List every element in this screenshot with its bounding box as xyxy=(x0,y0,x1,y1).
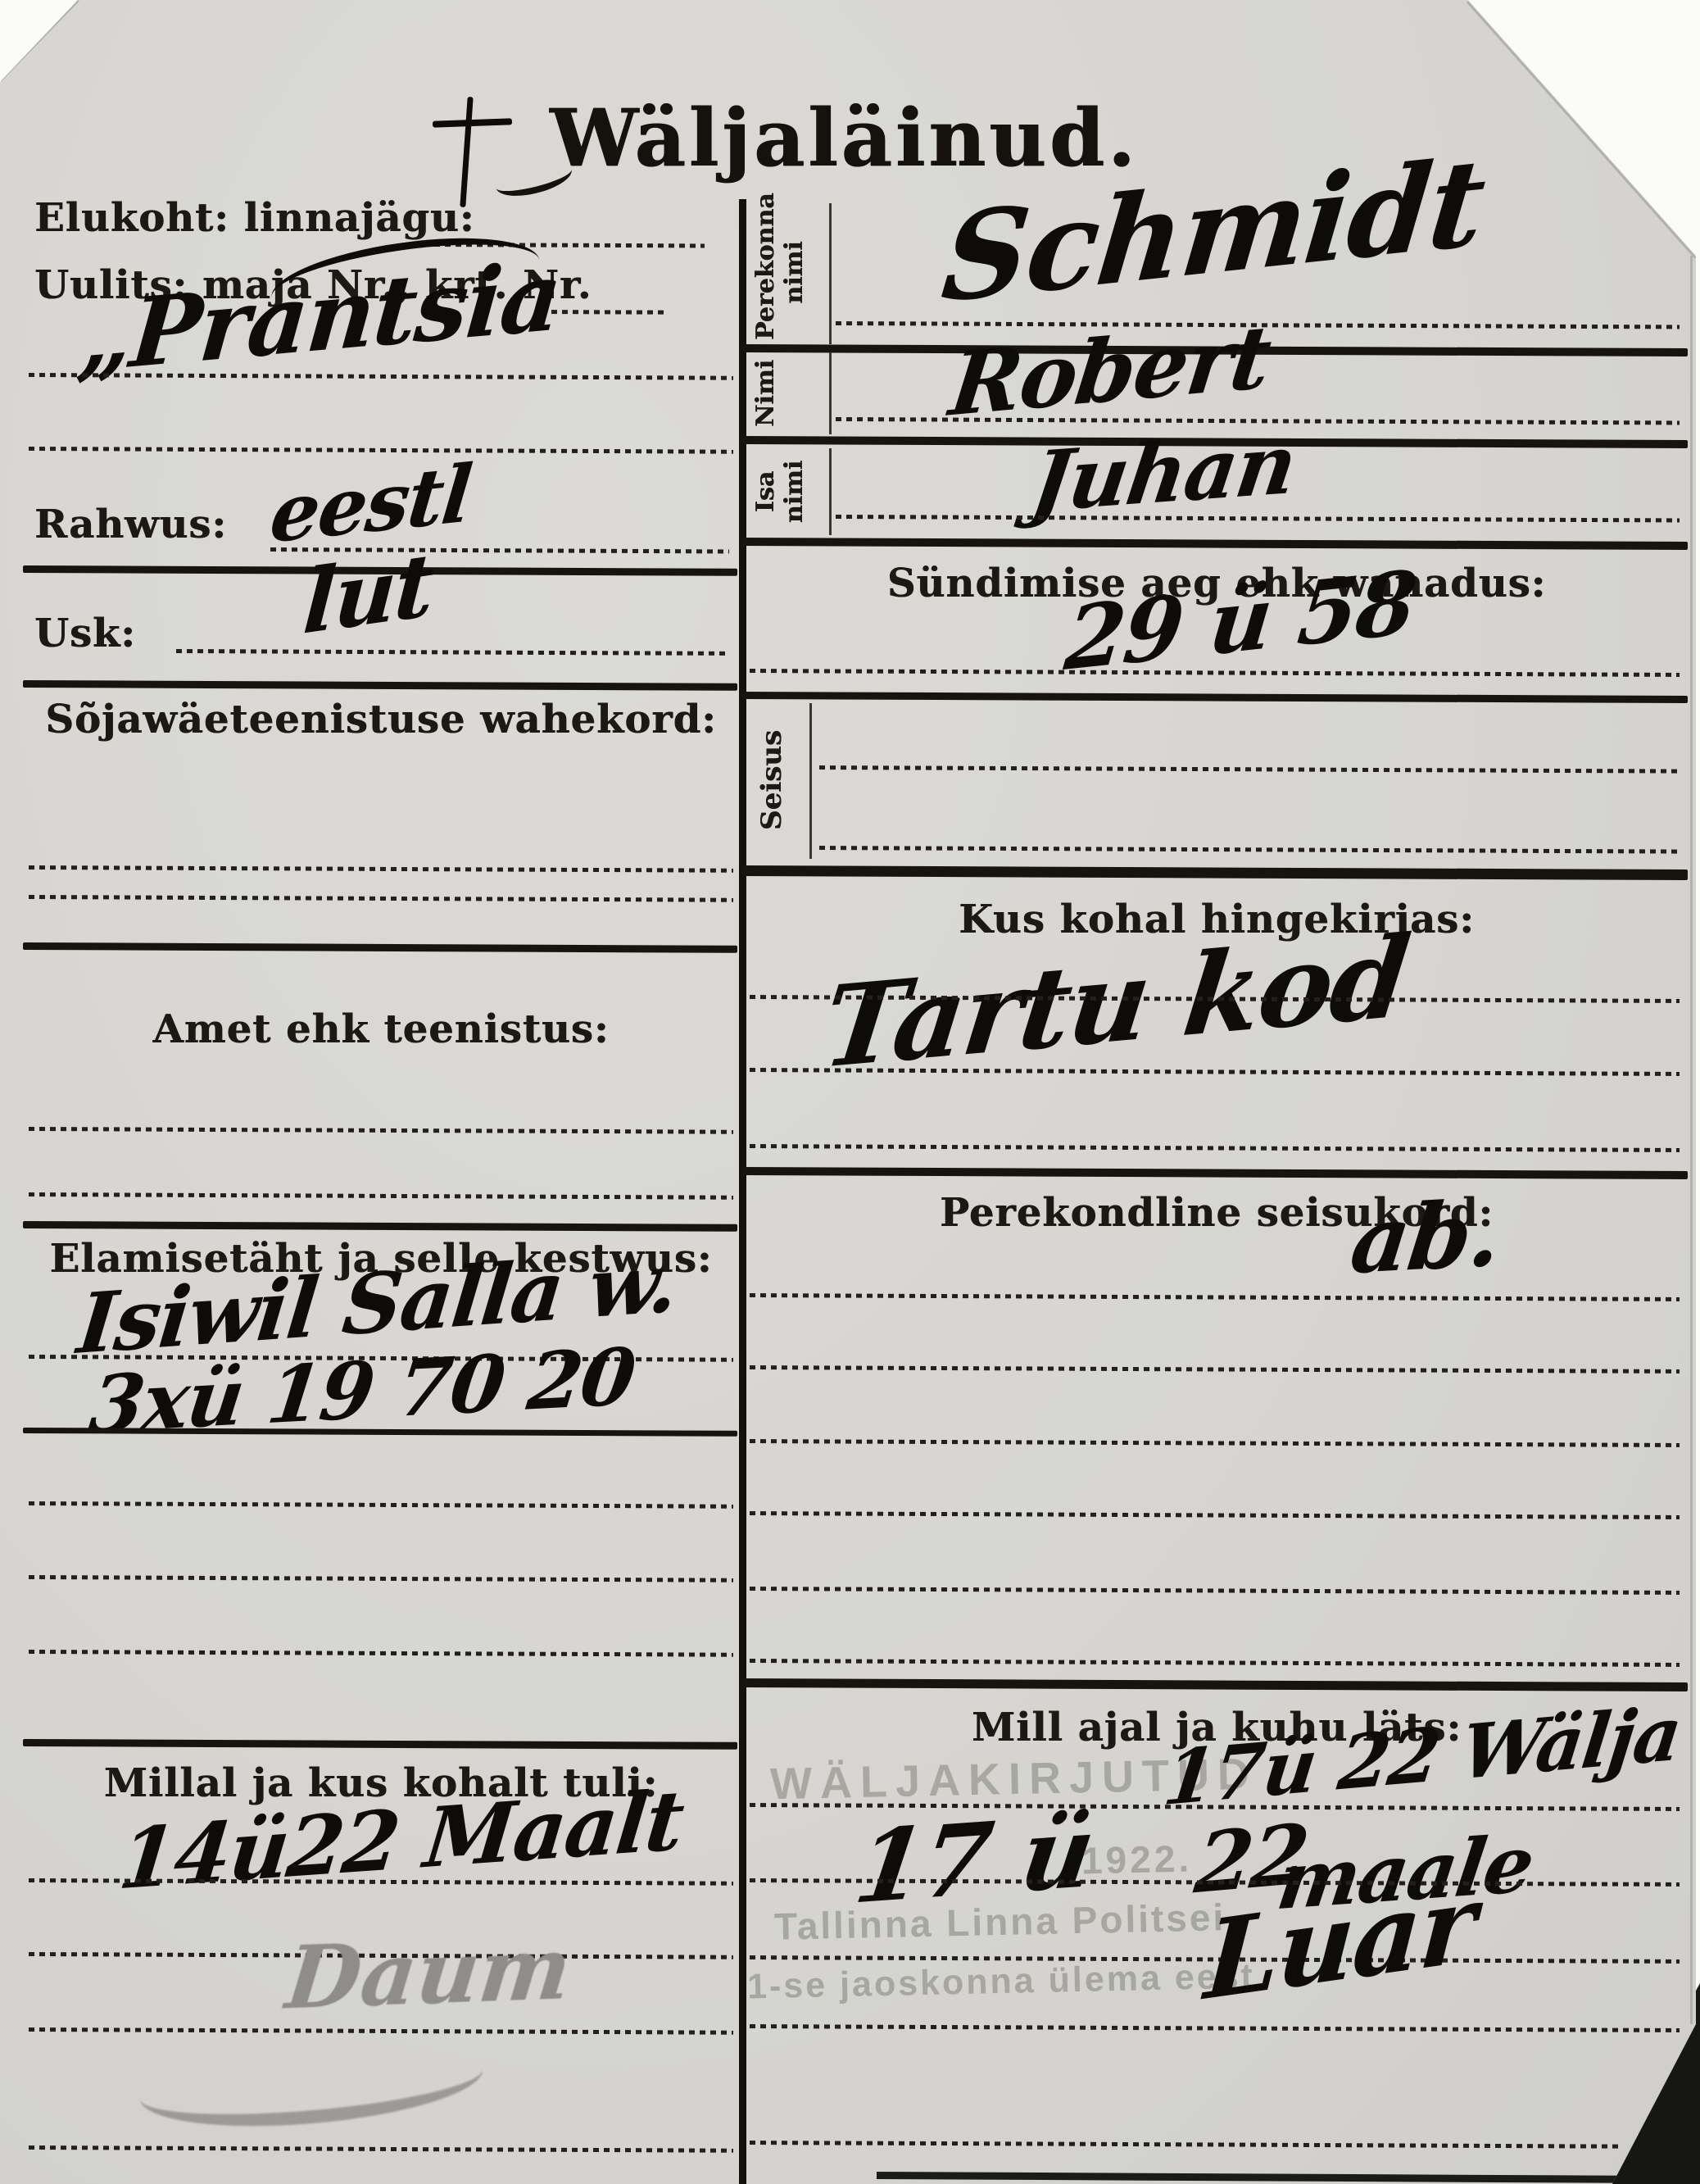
dotted-line xyxy=(750,1144,1680,1152)
dotted-line xyxy=(750,1511,1680,1519)
dotted-line xyxy=(750,1439,1680,1447)
religion-value-handwriting: lut xyxy=(301,541,436,647)
dotted-line xyxy=(29,1501,733,1509)
column-divider xyxy=(739,199,746,2184)
label-separator xyxy=(829,203,832,344)
religion-label: Usk: xyxy=(34,611,136,656)
dotted-line xyxy=(750,1659,1680,1667)
rule-line xyxy=(23,1739,737,1750)
dotted-line xyxy=(29,1127,733,1134)
stamp-year: 1922. xyxy=(1081,1837,1192,1883)
rule-line xyxy=(741,1678,1688,1691)
dotted-line xyxy=(750,669,1680,677)
father-name-handwriting: Juhan xyxy=(1027,422,1300,524)
rule-line xyxy=(741,538,1688,550)
pencil-flourish xyxy=(137,2030,487,2138)
military-service-label: Sõjawäeteenistuse wahekord: xyxy=(25,697,737,742)
dotted-line xyxy=(541,310,664,315)
dotted-line xyxy=(29,2145,733,2153)
label-separator xyxy=(829,352,832,434)
dotted-line xyxy=(750,2024,1680,2032)
dotted-line xyxy=(29,865,733,873)
nationality-label: Rahwus: xyxy=(34,502,227,547)
rule-line xyxy=(741,692,1688,703)
rule-line xyxy=(23,942,737,953)
dotted-line xyxy=(750,1365,1680,1374)
paper-edge-top-left xyxy=(0,0,79,81)
dotted-line xyxy=(750,2141,1618,2149)
rule-line xyxy=(23,680,737,691)
dotted-line xyxy=(836,515,1680,522)
father-name-label: Isa nimi xyxy=(751,448,829,535)
label-separator xyxy=(809,703,812,859)
label-separator xyxy=(829,448,832,535)
family-name-label: Perekonna nimi xyxy=(751,205,829,340)
rule-line xyxy=(741,1167,1688,1179)
paper-edge-top-right xyxy=(1467,1,1697,259)
form-title: Wäljaläinud. xyxy=(492,92,1196,184)
dotted-line xyxy=(29,1650,733,1657)
paper-bottom-edge xyxy=(877,2172,1622,2183)
first-name-handwriting: Robert xyxy=(945,313,1274,428)
dotted-line xyxy=(29,2027,733,2035)
paper-sheet: Wäljaläinud. Elukoht: linnajägu: Uulits:… xyxy=(0,0,1700,2184)
stamp-precinct: 1-se jaoskonna ülema eest xyxy=(747,1957,1256,2008)
stamp-police: Tallinna Linna Politsei xyxy=(773,1895,1226,1949)
status-label: Seisus xyxy=(755,706,829,854)
dotted-line xyxy=(176,649,727,656)
dotted-line xyxy=(29,1192,733,1200)
nationality-value-handwriting: eestl xyxy=(267,454,474,554)
dotted-line xyxy=(29,895,733,902)
dotted-line xyxy=(750,1587,1680,1595)
first-name-label: Nimi xyxy=(751,352,829,434)
pencil-signature: Daum xyxy=(283,1925,575,2022)
occupation-label: Amet ehk teenistus: xyxy=(25,1006,737,1052)
dotted-line xyxy=(29,447,733,454)
family-status-handwriting: ab. xyxy=(1346,1188,1505,1287)
dotted-line xyxy=(819,846,1680,854)
registered-at-handwriting: Tartu kod xyxy=(818,920,1414,1083)
dotted-line xyxy=(750,1293,1680,1301)
family-status-label: Perekondline seisukord: xyxy=(750,1190,1684,1236)
dotted-line xyxy=(29,1575,733,1582)
rule-line xyxy=(741,865,1688,880)
dotted-line xyxy=(819,765,1680,774)
ink-mark xyxy=(460,97,473,207)
residence-label: Elukoht: linnajägu: xyxy=(34,195,475,241)
rule-line xyxy=(23,1221,737,1232)
scanned-registration-card: Wäljaläinud. Elukoht: linnajägu: Uulits:… xyxy=(0,0,1700,2184)
